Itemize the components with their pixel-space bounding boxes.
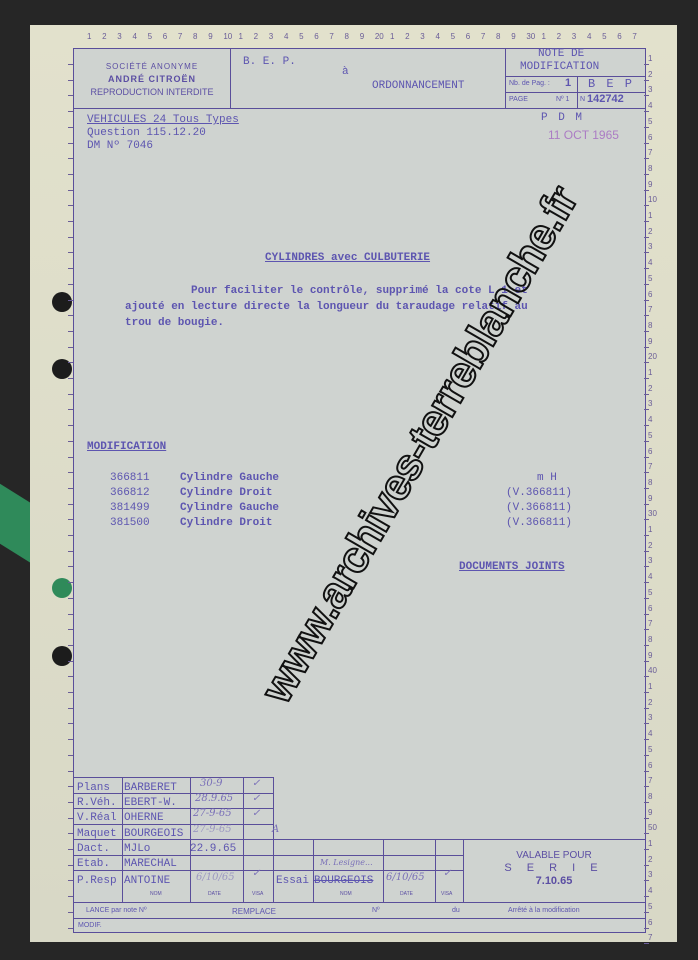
col-nom: NOM: [150, 891, 162, 897]
ruler-tick: [644, 833, 649, 834]
ruler-tick-label: 7: [178, 32, 182, 41]
ruler-tick-label: 9: [511, 32, 515, 41]
signature-visa: A: [272, 824, 279, 835]
ruler-tick-label: 2: [557, 32, 561, 41]
ruler-tick: [68, 80, 73, 81]
signature-role: P.Resp: [77, 875, 117, 887]
ruler-tick-label: 5: [299, 32, 303, 41]
signature-name: MJLo: [124, 843, 150, 855]
ruler-tick-label: 3: [420, 32, 424, 41]
ruler-tick-label: 40: [648, 666, 657, 675]
ruler-tick: [68, 315, 73, 316]
note-number: 142742: [587, 93, 624, 105]
ruler-tick: [644, 472, 649, 473]
ruler-tick-label: 5: [648, 274, 652, 283]
ruler-tick: [68, 378, 73, 379]
ruler-tick-label: 5: [451, 32, 455, 41]
ruler-tick: [644, 692, 649, 693]
ruler-tick: [68, 158, 73, 159]
part-number: 366812: [110, 487, 150, 499]
body-line-3: trou de bougie.: [125, 317, 224, 329]
ruler-tick-label: 7: [329, 32, 333, 41]
signature-date: 22.9.65: [190, 843, 236, 855]
ruler-tick-label: 5: [148, 32, 152, 41]
footer-du: du: [452, 907, 460, 914]
ruler-tick: [644, 362, 649, 363]
ruler-tick-label: 6: [466, 32, 470, 41]
ruler-tick-label: 1: [648, 682, 652, 691]
ruler-tick: [68, 645, 73, 646]
ruler-tick-label: 30: [648, 509, 657, 518]
ruler-tick-label: 2: [648, 384, 652, 393]
ruler-tick: [68, 739, 73, 740]
ruler-tick-label: 1: [648, 54, 652, 63]
col-visa: VISA: [441, 891, 452, 897]
ruler-tick-label: 4: [284, 32, 288, 41]
ruler-tick-label: 2: [648, 541, 652, 550]
signature-name: BOURGEOIS: [124, 828, 183, 840]
essai-role: Essai: [276, 875, 309, 887]
ruler-tick: [68, 221, 73, 222]
ruler-tick-label: 4: [648, 729, 652, 738]
ruler-tick-label: 7: [481, 32, 485, 41]
ruler-tick-label: 1: [87, 32, 91, 41]
ruler-tick-label: 6: [648, 761, 652, 770]
ruler-tick: [644, 409, 649, 410]
ruler-tick: [644, 80, 649, 81]
ruler-tick-label: 7: [648, 462, 652, 471]
ruler-tick-label: 3: [648, 870, 652, 879]
ruler-tick-label: 1: [390, 32, 394, 41]
ruler-tick-label: 20: [648, 352, 657, 361]
ruler-tick: [644, 111, 649, 112]
ruler-tick-label: 5: [648, 745, 652, 754]
ruler-tick-label: 7: [648, 933, 652, 942]
ruler-tick: [68, 268, 73, 269]
part-note: m H: [537, 472, 557, 484]
ruler-tick: [68, 143, 73, 144]
ruler-tick: [68, 237, 73, 238]
ruler-tick: [644, 802, 649, 803]
ruler-tick: [68, 472, 73, 473]
ruler-tick-label: 1: [648, 368, 652, 377]
binder-hole: [52, 646, 72, 666]
ruler-tick: [644, 771, 649, 772]
ruler-tick-label: 4: [648, 886, 652, 895]
part-number: 381500: [110, 517, 150, 529]
ruler-tick-label: 4: [435, 32, 439, 41]
ruler-tick-label: 4: [648, 101, 652, 110]
footer-modif: MODIF.: [78, 922, 102, 929]
ruler-tick-label: 10: [648, 195, 657, 204]
right-ruler: 1234567891012345678920123456789301234567…: [644, 48, 674, 938]
ruler-tick-label: 9: [648, 494, 652, 503]
ruler-tick: [68, 362, 73, 363]
ruler-tick-label: 3: [648, 556, 652, 565]
ruler-tick: [644, 896, 649, 897]
ruler-tick-label: 4: [587, 32, 591, 41]
ruler-tick: [644, 943, 649, 944]
dm-reference: DM Nº 7046: [87, 140, 153, 152]
ruler-tick-label: 4: [648, 572, 652, 581]
part-description: Cylindre Droit: [180, 517, 272, 529]
ruler-tick: [644, 535, 649, 536]
ruler-tick-label: 4: [648, 258, 652, 267]
ruler-tick-label: 3: [572, 32, 576, 41]
binder-hole: [52, 578, 72, 598]
ruler-tick-label: 30: [526, 32, 535, 41]
ruler-tick: [644, 378, 649, 379]
ruler-tick-label: 5: [648, 117, 652, 126]
signature-name: OHERNE: [124, 812, 164, 824]
ruler-tick-label: 9: [648, 808, 652, 817]
ruler-tick: [644, 566, 649, 567]
service-code: B E P: [588, 77, 634, 91]
col-date: DATE: [400, 891, 413, 897]
ruler-tick: [68, 692, 73, 693]
ruler-tick-label: 1: [239, 32, 243, 41]
ruler-tick-label: 8: [496, 32, 500, 41]
ruler-tick-label: 20: [375, 32, 384, 41]
ruler-tick-label: 9: [648, 337, 652, 346]
ruler-tick-label: 1: [542, 32, 546, 41]
ruler-tick: [68, 771, 73, 772]
nb-pages-value: 1: [565, 77, 571, 89]
ruler-tick-label: 2: [648, 855, 652, 864]
body-line-1: Pour faciliter le contrôle, supprimé la …: [125, 285, 528, 297]
footer-arrete: Arrêté à la modification: [508, 907, 580, 914]
page-label: PAGE: [509, 96, 528, 103]
ruler-tick-label: 8: [648, 321, 652, 330]
validity-label: VALABLE POUR: [463, 850, 645, 861]
ruler-tick-label: 5: [648, 431, 652, 440]
ruler-tick: [68, 331, 73, 332]
ruler-tick-label: 5: [648, 902, 652, 911]
part-note: (V.366811): [506, 517, 572, 529]
ruler-tick: [68, 551, 73, 552]
note-box-divider: [505, 48, 506, 108]
ruler-tick: [68, 409, 73, 410]
ruler-tick-label: 3: [269, 32, 273, 41]
signature-name: MARECHAL: [124, 858, 177, 870]
page-number: Nº 1: [556, 96, 569, 103]
ruler-tick-label: 4: [648, 415, 652, 424]
ruler-tick-label: 9: [648, 651, 652, 660]
ruler-tick-label: 6: [648, 133, 652, 142]
ruler-tick: [68, 95, 73, 96]
ruler-tick: [644, 174, 649, 175]
footer-remplace: REMPLACE: [232, 907, 276, 916]
signature-role: Plans: [77, 782, 110, 794]
signature-visa: ✓: [252, 808, 260, 819]
company-block: SOCIÉTÉ ANONYME ANDRÉ CITROËN REPRODUCTI…: [74, 60, 230, 99]
nb-pages-label: Nb. de Pag. :: [509, 80, 550, 87]
ruler-tick: [644, 755, 649, 756]
ruler-tick: [68, 488, 73, 489]
ruler-tick: [644, 912, 649, 913]
ruler-tick: [644, 441, 649, 442]
ruler-tick: [68, 519, 73, 520]
ruler-tick-label: 3: [648, 399, 652, 408]
ruler-tick-label: 8: [193, 32, 197, 41]
ruler-tick-label: 10: [223, 32, 232, 41]
ruler-tick: [68, 833, 73, 834]
ruler-tick-label: 6: [648, 918, 652, 927]
ruler-tick: [68, 723, 73, 724]
ruler-tick-label: 6: [648, 290, 652, 299]
ruler-tick-label: 6: [314, 32, 318, 41]
signature-name: EBERT-W.: [124, 797, 177, 809]
ruler-tick-label: 2: [648, 227, 652, 236]
ruler-tick: [644, 143, 649, 144]
ruler-tick: [644, 300, 649, 301]
essai-name: BOURGEOIS: [314, 875, 373, 887]
part-note: (V.366811): [506, 487, 572, 499]
ruler-tick-label: 2: [254, 32, 258, 41]
ruler-tick-label: 3: [648, 713, 652, 722]
ruler-tick: [644, 284, 649, 285]
ruler-tick-label: 1: [648, 211, 652, 220]
ruler-tick-label: 7: [648, 619, 652, 628]
ruler-tick: [68, 347, 73, 348]
ruler-tick-label: 50: [648, 823, 657, 832]
company-notice: REPRODUCTION INTERDITE: [74, 86, 230, 99]
ruler-tick: [68, 880, 73, 881]
vehicles-reference: VEHICULES 24 Tous Types: [87, 114, 239, 126]
note-title-1: NOTE DE: [538, 48, 584, 60]
ruler-tick-label: 2: [648, 698, 652, 707]
ruler-tick: [644, 252, 649, 253]
ruler-tick-label: 7: [648, 148, 652, 157]
ruler-tick-label: 8: [648, 164, 652, 173]
note-number-prefix: N: [580, 96, 585, 103]
ruler-tick: [68, 425, 73, 426]
ruler-tick: [68, 912, 73, 913]
recipient: ORDONNANCEMENT: [372, 80, 464, 92]
signature-role: Maquet: [77, 828, 117, 840]
ruler-tick: [644, 331, 649, 332]
essai-visa: ✓: [443, 868, 451, 879]
ruler-tick-label: 3: [117, 32, 121, 41]
top-ruler: 1234567891012345678920123456789301234567: [73, 28, 643, 48]
ruler-tick-label: 5: [602, 32, 606, 41]
signature-date: 28.9.65: [195, 793, 233, 804]
essai-annotation: M. Lesigne...: [320, 858, 373, 867]
to-word: à: [342, 66, 349, 78]
col-visa: VISA: [252, 891, 263, 897]
ruler-tick-label: 2: [405, 32, 409, 41]
ruler-tick: [644, 504, 649, 505]
ruler-tick: [68, 174, 73, 175]
ruler-tick: [68, 441, 73, 442]
part-number: 366811: [110, 472, 150, 484]
ruler-tick: [68, 394, 73, 395]
ruler-tick-label: 5: [648, 588, 652, 597]
ruler-tick: [68, 629, 73, 630]
ruler-tick: [644, 928, 649, 929]
ruler-tick: [68, 111, 73, 112]
ruler-tick: [644, 739, 649, 740]
signature-visa: ✓: [252, 793, 260, 804]
validity-date: 7.10.65: [463, 875, 645, 887]
ruler-tick: [68, 566, 73, 567]
ruler-tick: [68, 676, 73, 677]
ruler-tick-label: 8: [648, 635, 652, 644]
ruler-tick-label: 9: [360, 32, 364, 41]
ruler-tick: [68, 205, 73, 206]
note-box-divider: [577, 76, 578, 108]
ruler-tick: [644, 95, 649, 96]
binder-hole: [52, 292, 72, 312]
header-divider: [230, 48, 231, 108]
signature-date: 27-9-65: [193, 808, 232, 819]
sender: B. E. P.: [243, 56, 296, 68]
col-nom: NOM: [340, 891, 352, 897]
ruler-tick: [68, 865, 73, 866]
ruler-tick: [68, 614, 73, 615]
ruler-tick: [644, 205, 649, 206]
company-name: ANDRÉ CITROËN: [74, 73, 230, 86]
ruler-tick: [68, 802, 73, 803]
ruler-tick: [68, 582, 73, 583]
ruler-tick: [68, 708, 73, 709]
ruler-tick: [68, 284, 73, 285]
documents-joints: DOCUMENTS JOINTS: [459, 561, 565, 573]
validity-box: VALABLE POUR S E R I E 7.10.65: [463, 840, 645, 887]
part-number: 381499: [110, 502, 150, 514]
ruler-tick: [68, 457, 73, 458]
ruler-tick: [644, 425, 649, 426]
ruler-tick: [644, 818, 649, 819]
ruler-tick: [644, 519, 649, 520]
header-bottom-line: [73, 108, 646, 109]
ruler-tick: [68, 504, 73, 505]
ruler-tick-label: 6: [617, 32, 621, 41]
ruler-tick: [68, 755, 73, 756]
ruler-tick-label: 6: [648, 447, 652, 456]
ruler-tick-label: 8: [345, 32, 349, 41]
ruler-tick: [68, 535, 73, 536]
ruler-tick-label: 3: [648, 85, 652, 94]
ruler-tick: [644, 488, 649, 489]
part-note: (V.366811): [506, 502, 572, 514]
ruler-tick: [644, 645, 649, 646]
ruler-tick: [68, 64, 73, 65]
ruler-tick: [644, 221, 649, 222]
footer-lance: LANCE par note Nº: [86, 907, 147, 914]
ruler-tick-label: 6: [163, 32, 167, 41]
ruler-tick: [68, 300, 73, 301]
col-date: DATE: [208, 891, 221, 897]
ruler-tick: [68, 190, 73, 191]
ruler-tick-label: 7: [632, 32, 636, 41]
ruler-tick-label: 9: [648, 180, 652, 189]
ruler-tick: [68, 786, 73, 787]
validity-series: S E R I E: [463, 862, 645, 874]
ruler-tick: [644, 598, 649, 599]
ruler-tick-label: 2: [648, 70, 652, 79]
ruler-tick: [68, 849, 73, 850]
ruler-tick: [644, 708, 649, 709]
ruler-tick: [644, 268, 649, 269]
footer-number: Nº: [372, 907, 380, 914]
ruler-tick-label: 6: [648, 604, 652, 613]
ruler-tick: [644, 64, 649, 65]
ruler-tick-label: 8: [648, 478, 652, 487]
ruler-tick: [644, 614, 649, 615]
ruler-tick-label: 1: [648, 525, 652, 534]
signature-role: Etab.: [77, 858, 110, 870]
ruler-tick: [68, 252, 73, 253]
signature-date: 6/10/65: [196, 872, 235, 883]
part-description: Cylindre Gauche: [180, 502, 279, 514]
ruler-tick-label: 7: [648, 776, 652, 785]
ruler-tick-label: 8: [648, 792, 652, 801]
ruler-tick: [644, 158, 649, 159]
signature-name: ANTOINE: [124, 875, 170, 887]
ruler-tick-label: 4: [132, 32, 136, 41]
signature-role: Dact.: [77, 843, 110, 855]
ruler-tick-label: 9: [208, 32, 212, 41]
signature-name: BARBERET: [124, 782, 177, 794]
ruler-tick: [644, 582, 649, 583]
ruler-tick: [68, 661, 73, 662]
signature-visa: ✓: [252, 868, 260, 879]
modification-heading: MODIFICATION: [87, 441, 166, 453]
ruler-tick: [644, 723, 649, 724]
ruler-tick: [644, 457, 649, 458]
ruler-tick: [644, 190, 649, 191]
signature-date: 27-9-65: [193, 824, 232, 835]
subject-title: CYLINDRES avec CULBUTERIE: [265, 252, 430, 264]
question-reference: Question 115.12.20: [87, 127, 206, 139]
signature-date: 30-9: [200, 778, 222, 789]
ruler-tick: [644, 127, 649, 128]
note-box-line: [505, 92, 645, 93]
ruler-tick: [644, 629, 649, 630]
ruler-tick: [644, 394, 649, 395]
part-description: Cylindre Droit: [180, 487, 272, 499]
ruler-tick: [644, 347, 649, 348]
ruler-tick: [68, 598, 73, 599]
ruler-tick: [68, 818, 73, 819]
signature-role: R.Véh.: [77, 797, 117, 809]
ruler-tick: [644, 786, 649, 787]
ruler-tick: [68, 896, 73, 897]
note-title-2: MODIFICATION: [520, 61, 599, 73]
ruler-tick-label: 7: [648, 305, 652, 314]
ruler-tick: [644, 551, 649, 552]
signature-role: V.Réal: [77, 812, 117, 824]
part-description: Cylindre Gauche: [180, 472, 279, 484]
ruler-tick-label: 1: [648, 839, 652, 848]
essai-date: 6/10/65: [386, 872, 425, 883]
ruler-tick: [68, 127, 73, 128]
company-type: SOCIÉTÉ ANONYME: [74, 60, 230, 73]
ruler-tick: [644, 676, 649, 677]
ruler-tick-label: 3: [648, 242, 652, 251]
ruler-tick: [644, 315, 649, 316]
ruler-tick-label: 2: [102, 32, 106, 41]
ruler-tick: [644, 237, 649, 238]
ruler-tick: [68, 928, 73, 929]
ruler-tick: [644, 661, 649, 662]
